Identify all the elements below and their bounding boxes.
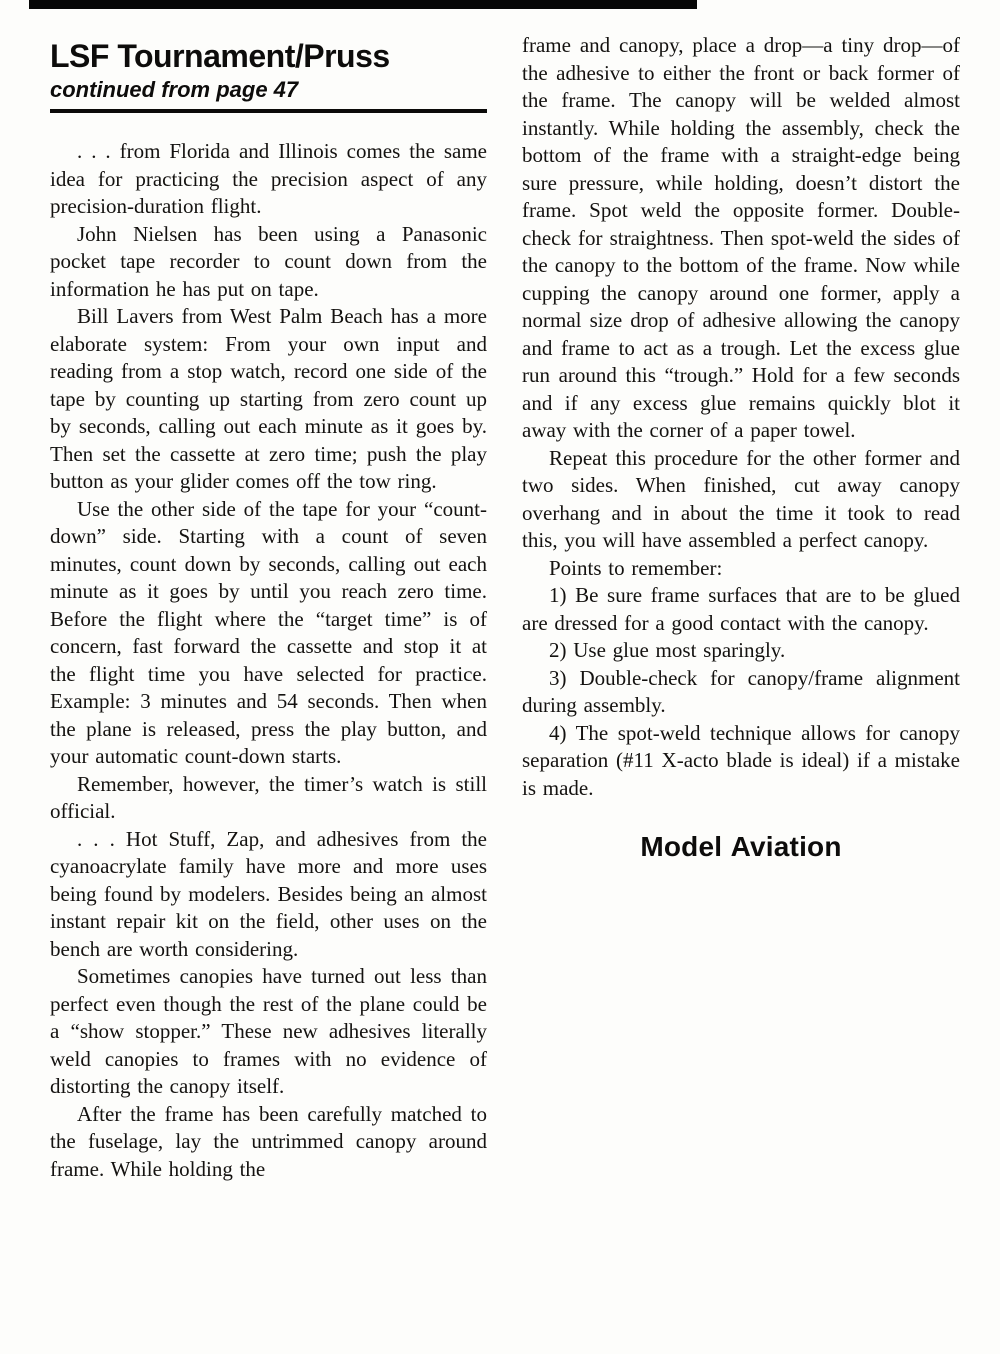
paragraph: 1) Be sure frame surfaces that are to be…: [522, 582, 960, 637]
paragraph: John Nielsen has been using a Panasonic …: [50, 221, 487, 304]
paragraph: 3) Double-check for canopy/frame alignme…: [522, 665, 960, 720]
paragraph: Bill Lavers from West Palm Beach has a m…: [50, 303, 487, 496]
paragraph: . . . from Florida and Illinois comes th…: [50, 138, 487, 221]
paragraph: frame and canopy, place a drop—a tiny dr…: [522, 32, 960, 445]
paragraph: 2) Use glue most sparingly.: [522, 637, 960, 665]
paragraph: Sometimes canopies have turned out less …: [50, 963, 487, 1101]
article-title: LSF Tournament/Pruss: [50, 38, 487, 74]
paragraph: Use the other side of the tape for your …: [50, 496, 487, 771]
page-top-scan-bar: [29, 0, 697, 9]
paragraph: Repeat this procedure for the other form…: [522, 445, 960, 555]
magazine-name: Model Aviation: [522, 833, 960, 861]
paragraph: Points to remember:: [522, 555, 960, 583]
article-header: LSF Tournament/Pruss continued from page…: [50, 38, 487, 113]
title-divider: [50, 109, 487, 113]
right-column: frame and canopy, place a drop—a tiny dr…: [522, 32, 960, 861]
left-column: . . . from Florida and Illinois comes th…: [50, 138, 487, 1183]
right-column-paragraphs: frame and canopy, place a drop—a tiny dr…: [522, 32, 960, 802]
paragraph: After the frame has been carefully match…: [50, 1101, 487, 1184]
paragraph: 4) The spot-weld technique allows for ca…: [522, 720, 960, 803]
paragraph: Remember, however, the timer’s watch is …: [50, 771, 487, 826]
continued-from-note: continued from page 47: [50, 77, 487, 103]
paragraph: . . . Hot Stuff, Zap, and adhesives from…: [50, 826, 487, 964]
